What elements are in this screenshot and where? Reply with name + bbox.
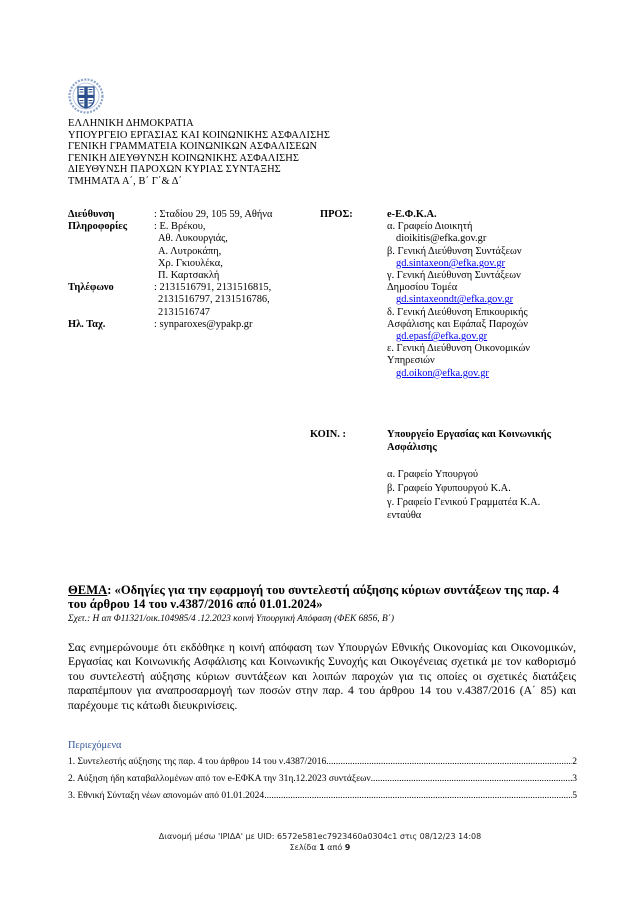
toc-title: Περιεχόμενα [68,740,121,751]
distribution-note: Διανομή μέσω 'ΙΡΙΔΑ' με UID: 6572e581ec7… [0,831,640,842]
recipient-email-link[interactable]: gd.sintaxeondt@efka.gov.gr [396,294,513,305]
recipient-email-link[interactable]: gd.oikon@efka.gov.gr [396,368,489,379]
cc-item: ενταύθα [387,509,551,523]
info-value: Αθ. Λυκουργιάς, [154,233,228,245]
recipient-item: ε. Γενική Διεύθυνση Οικονομικών [387,343,530,355]
recipient-item: δ. Γενική Διεύθυνση Επικουρικής [387,307,530,319]
letterhead-line: ΕΛΛΗΝΙΚΗ ΔΗΜΟΚΡΑΤΙΑ [68,118,330,130]
subject: ΘΕΜΑ: «Οδηγίες για την εφαρμογή του συντ… [68,583,578,611]
cc-label: ΚΟΙΝ. : [310,428,346,441]
toc-item[interactable]: 1. Συντελεστής αύξησης της παρ. 4 του άρ… [68,757,577,774]
phone-value: 2131516797, 2131516786, [154,294,270,306]
phone-value: 2131516747 [154,307,210,319]
cc-item: γ. Γραφείο Γενικού Γραμματέα Κ.Α. [387,496,551,510]
toc-page: 5 [572,791,577,801]
page-footer: Διανομή μέσω 'ΙΡΙΔΑ' με UID: 6572e581ec7… [0,831,640,853]
recipient-email: dioikitis@efka.gov.gr [387,233,530,245]
phone-value: : 2131516791, 2131516815, [154,282,271,294]
table-of-contents: 1. Συντελεστής αύξησης της παρ. 4 του άρ… [68,757,577,808]
recipient-item: γ. Γενική Διεύθυνση Συντάξεων [387,270,530,282]
toc-page: 3 [572,774,577,784]
phone-label: Τηλέφωνο [68,282,154,294]
cc-org: Υπουργείο Εργασίας και Κοινωνικής [387,428,551,441]
letterhead-line: ΓΕΝΙΚΗ ΓΡΑΜΜΑΤΕΙΑ ΚΟΙΝΩΝΙΚΩΝ ΑΣΦΑΛΙΣΕΩΝ [68,141,330,153]
page-number: Σελίδα 1 από 9 [0,842,640,853]
letterhead: ΕΛΛΗΝΙΚΗ ΔΗΜΟΚΡΑΤΙΑ ΥΠΟΥΡΓΕΙΟ ΕΡΓΑΣΙΑΣ Κ… [68,118,330,188]
letterhead-line: ΥΠΟΥΡΓΕΙΟ ΕΡΓΑΣΙΑΣ ΚΑΙ ΚΟΙΝΩΝΙΚΗΣ ΑΣΦΑΛΙ… [68,130,330,142]
info-label: Πληροφορίες [68,221,154,233]
recipient-item: Ασφάλισης και Εφάπαξ Παροχών [387,319,530,331]
email-label: Ηλ. Ταχ. [68,319,154,331]
letterhead-line: ΓΕΝΙΚΗ ΔΙΕΥΘΥΝΣΗ ΚΟΙΝΩΝΙΚΗΣ ΑΣΦΑΛΙΣΗΣ [68,153,330,165]
address-label: Διεύθυνση [68,209,154,221]
cc-org: Ασφάλισης [387,441,551,454]
cc-item: β. Γραφείο Υφυπουργού Κ.Α. [387,482,551,496]
recipient-item: Υπηρεσιών [387,355,530,367]
email-value: : synparoxes@ypakp.gr [154,319,252,331]
recipient-item: Δημοσίου Τομέα [387,282,530,294]
toc-item[interactable]: 3. Εθνική Σύνταξη νέων απονομών από 01.0… [68,791,577,808]
subject-text: : «Οδηγίες για την εφαρμογή του συντελεσ… [68,583,559,611]
toc-page: 2 [572,757,577,767]
subject-label: ΘΕΜΑ [68,583,107,597]
letterhead-line: ΔΙΕΥΘΥΝΣΗ ΠΑΡΟΧΩΝ ΚΥΡΙΑΣ ΣΥΝΤΑΞΗΣ [68,164,330,176]
body-paragraph: Σας ενημερώνουμε ότι εκδόθηκε η κοινή απ… [68,641,576,713]
recipient-org: e-Ε.Φ.Κ.Α. [387,209,530,221]
info-value: Α. Λυτροκάπη, [154,246,221,258]
info-value: : Ε. Βρέκου, [154,221,205,233]
info-value: Π. Καρτσακλή [154,270,219,282]
cc-item: α. Γραφείο Υπουργού [387,468,551,482]
toc-item[interactable]: 2. Αύξηση ήδη καταβαλλομένων από τον e-Ε… [68,774,577,791]
contact-info: Διεύθυνση: Σταδίου 29, 105 59, Αθήνα Πλη… [68,209,272,331]
letterhead-line: ΤΜΗΜΑΤΑ Α΄, Β΄ Γ΄& Δ΄ [68,176,330,188]
related-reference: Σχετ.: Η απ Φ11321/οικ.104985/4 .12.2023… [68,614,394,624]
recipients-label: ΠΡΟΣ: [320,209,353,221]
recipient-item: α. Γραφείο Διοικητή [387,221,530,233]
info-value: Χρ. Γκιουλέκα, [154,258,223,270]
recipient-email-link[interactable]: gd.sintaxeon@efka.gov.gr [396,258,505,269]
recipient-email-link[interactable]: gd.epasf@efka.gov.gr [396,331,487,342]
greek-coat-of-arms-icon [68,78,104,114]
recipient-item: β. Γενική Διεύθυνση Συντάξεων [387,246,530,258]
address-value: : Σταδίου 29, 105 59, Αθήνα [154,209,272,221]
